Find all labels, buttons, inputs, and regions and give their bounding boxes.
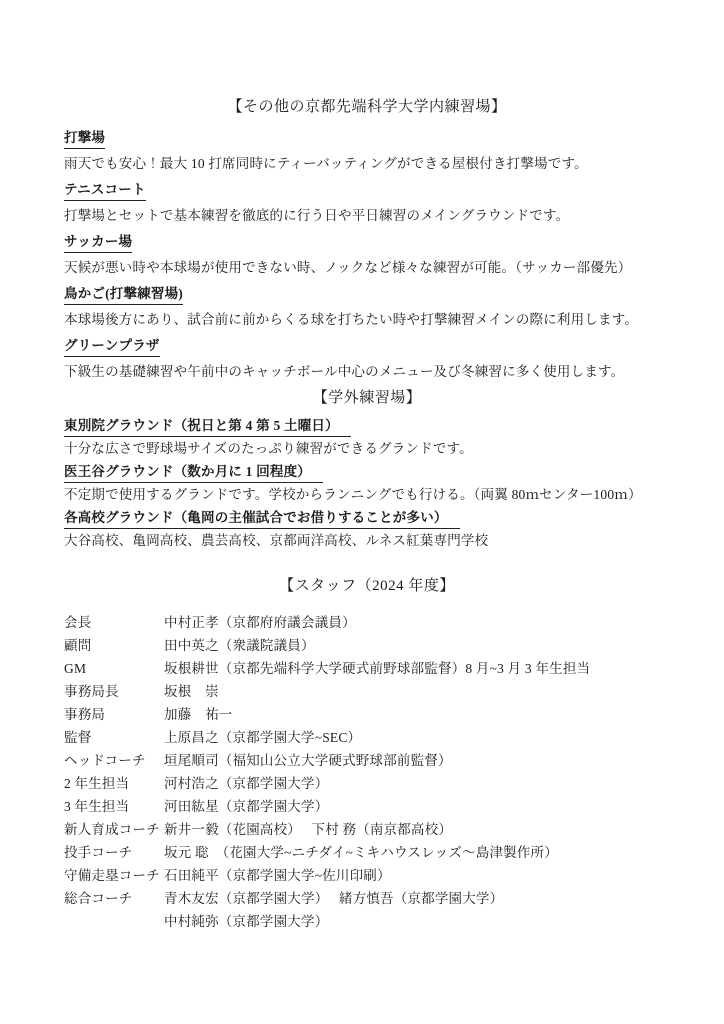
staff-detail: 石田純平（京都学園大学~佐川印刷） [164, 864, 670, 887]
staff-role: 監督 [64, 726, 164, 749]
staff-detail: 河田紘星（京都学園大学） [164, 795, 670, 818]
facility-heading-underline: 鳥かご(打撃練習場) [64, 285, 183, 305]
facility-description-highschool-grounds: 大谷高校、亀岡高校、農芸高校、京都両洋高校、ルネス紅葉専門学校 [64, 529, 670, 552]
staff-row: ヘッドコーチ垣尾順司（福知山公立大学硬式野球部前監督） [64, 749, 670, 772]
facility-description-green-plaza: 下級生の基礎練習や午前中のキャッチボール中心のメニュー及び冬練習に多く使用します… [64, 359, 670, 385]
facility-description-birdcage: 本球場後方にあり、試合前に前からくる球を打ちたい時や打撃練習メインの際に利用しま… [64, 307, 670, 333]
facility-heading-soccer-field: サッカー場 [64, 229, 670, 255]
facility-heading-underline: グリーンプラザ [64, 337, 160, 357]
staff-row: 投手コーチ坂元 聡 （花園大学~ニチダイ~ミキハウスレッズ～島津製作所） [64, 841, 670, 864]
staff-role: 投手コーチ [64, 841, 164, 864]
facility-description-batting-cage: 雨天でも安心！最大 10 打席同時にティーバッティングができる屋根付き打撃場です… [64, 151, 670, 177]
staff-role: 顧問 [64, 634, 164, 657]
staff-role: GM [64, 657, 164, 680]
staff-row: 総合コーチ青木友宏（京都学園大学） 緒方慎吾（京都学園大学） [64, 887, 670, 910]
staff-detail: 加藤 祐一 [164, 703, 670, 726]
staff-detail: 新井一毅（花園高校） 下村 務（南京都高校） [164, 818, 670, 841]
facility-description-soccer-field: 天候が悪い時や本球場が使用できない時、ノックなど様々な練習が可能。（サッカー部優… [64, 255, 670, 281]
staff-row: 事務局加藤 祐一 [64, 703, 670, 726]
staff-role: 総合コーチ [64, 887, 164, 910]
facility-heading-green-plaza: グリーンプラザ [64, 333, 670, 359]
staff-detail: 坂根耕世（京都先端科学大学硬式前野球部監督）8 月~3 月 3 年生担当 [164, 657, 670, 680]
facility-heading-underline: 各高校グラウンド（亀岡の主催試合でお借りすることが多い） [64, 509, 460, 529]
facility-heading-birdcage: 鳥かご(打撃練習場) [64, 281, 670, 307]
staff-detail: 青木友宏（京都学園大学） 緒方慎吾（京都学園大学） [164, 887, 670, 910]
staff-detail: 田中英之（衆議院議員） [164, 634, 670, 657]
staff-detail: 坂根 崇 [164, 680, 670, 703]
facility-heading-batting-cage: 打撃場 [64, 125, 670, 151]
section-title-campus-facilities: 【その他の京都先端科学大学内練習場】 [64, 97, 670, 117]
staff-row: 新人育成コーチ新井一毅（花園高校） 下村 務（南京都高校） [64, 818, 670, 841]
staff-row: 3 年生担当河田紘星（京都学園大学） [64, 795, 670, 818]
section-title-staff: 【スタッフ（2024 年度】 [64, 576, 670, 596]
staff-list: 会長中村正孝（京都府府議会議員） 顧問田中英之（衆議院議員） GM坂根耕世（京都… [64, 611, 670, 933]
facility-heading-highschool-grounds: 各高校グラウンド（亀岡の主催試合でお借りすることが多い） [64, 506, 670, 529]
facility-description-higashibetsuin: 十分な広さで野球場サイズのたっぷり練習ができるグランドです。 [64, 437, 670, 460]
facility-heading-underline: サッカー場 [64, 233, 132, 253]
staff-detail: 垣尾順司（福知山公立大学硬式野球部前監督） [164, 749, 670, 772]
staff-row: 中村純弥（京都学園大学） [64, 910, 670, 933]
staff-row: GM坂根耕世（京都先端科学大学硬式前野球部監督）8 月~3 月 3 年生担当 [64, 657, 670, 680]
staff-row: 2 年生担当河村浩之（京都学園大学） [64, 772, 670, 795]
facility-heading-underline: 医王谷グラウンド（数か月に 1 回程度） [64, 463, 323, 483]
staff-role: 3 年生担当 [64, 795, 164, 818]
facility-heading-underline: 東別院グラウンド（祝日と第 4 第 5 土曜日） [64, 417, 351, 437]
document-page: 【その他の京都先端科学大学内練習場】 打撃場 雨天でも安心！最大 10 打席同時… [0, 0, 724, 1024]
campus-facility-list: 打撃場 雨天でも安心！最大 10 打席同時にティーバッティングができる屋根付き打… [64, 125, 670, 385]
facility-heading-higashibetsuin: 東別院グラウンド（祝日と第 4 第 5 土曜日） [64, 414, 670, 437]
facility-description-tennis-court: 打撃場とセットで基本練習を徹底的に行う日や平日練習のメイングラウンドです。 [64, 203, 670, 229]
staff-role: 事務局長 [64, 680, 164, 703]
facility-heading-tennis-court: テニスコート [64, 177, 670, 203]
staff-role: 2 年生担当 [64, 772, 164, 795]
staff-detail: 中村純弥（京都学園大学） [164, 910, 670, 933]
staff-role: ヘッドコーチ [64, 749, 164, 772]
staff-row: 事務局長坂根 崇 [64, 680, 670, 703]
section-title-offcampus-facilities: 【学外練習場】 [64, 388, 670, 408]
staff-role [64, 910, 164, 933]
staff-detail: 河村浩之（京都学園大学） [164, 772, 670, 795]
staff-detail: 中村正孝（京都府府議会議員） [164, 611, 670, 634]
staff-row: 監督上原昌之（京都学園大学~SEC） [64, 726, 670, 749]
facility-heading-iodani: 医王谷グラウンド（数か月に 1 回程度） [64, 460, 670, 483]
offcampus-facility-list: 東別院グラウンド（祝日と第 4 第 5 土曜日） 十分な広さで野球場サイズのたっ… [64, 414, 670, 552]
staff-row: 守備走塁コーチ石田純平（京都学園大学~佐川印刷） [64, 864, 670, 887]
staff-detail: 坂元 聡 （花園大学~ニチダイ~ミキハウスレッズ～島津製作所） [164, 841, 670, 864]
staff-detail: 上原昌之（京都学園大学~SEC） [164, 726, 670, 749]
document-content: 【その他の京都先端科学大学内練習場】 打撃場 雨天でも安心！最大 10 打席同時… [64, 0, 670, 933]
facility-heading-underline: 打撃場 [64, 129, 105, 149]
facility-description-iodani: 不定期で使用するグランドです。学校からランニングでも行ける。（両翼 80ｍセンタ… [64, 483, 670, 506]
staff-role: 守備走塁コーチ [64, 864, 164, 887]
staff-row: 顧問田中英之（衆議院議員） [64, 634, 670, 657]
staff-row: 会長中村正孝（京都府府議会議員） [64, 611, 670, 634]
facility-heading-underline: テニスコート [64, 181, 146, 201]
staff-role: 新人育成コーチ [64, 818, 164, 841]
staff-role: 会長 [64, 611, 164, 634]
staff-role: 事務局 [64, 703, 164, 726]
